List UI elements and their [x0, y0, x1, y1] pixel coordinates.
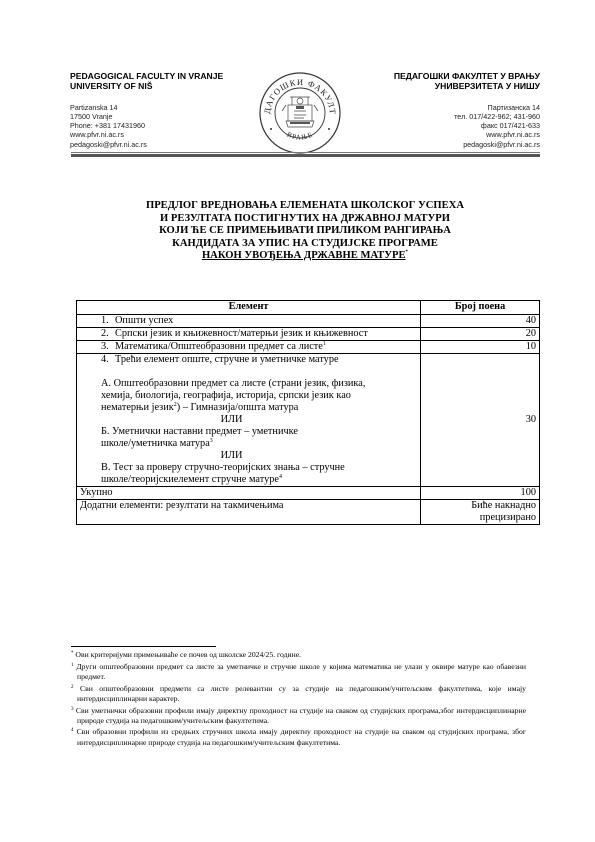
- option-a-suffix: ) – Гимназија/општа матура: [177, 402, 299, 413]
- table-row: 1.Општи успех 40: [77, 315, 540, 328]
- fax: факс 017/421-633: [340, 121, 540, 130]
- footnote-text: Ови критеријуми примењиваће се почев од …: [75, 650, 301, 659]
- item-points: 40: [421, 315, 540, 328]
- footnote-text: Други општеобразовни предмет са листе за…: [76, 662, 526, 681]
- option-b-text: Б. Уметнички наставни предмет – уметничк…: [101, 426, 298, 449]
- or-separator: ИЛИ: [101, 450, 380, 462]
- title-line: ПРЕДЛОГ ВРЕДНОВАЊА ЕЛЕМЕНАТА ШКОЛСКОГ УС…: [70, 200, 540, 213]
- item-label: Математика/Општеобразовни предмет са лис…: [115, 341, 323, 352]
- email-link[interactable]: pedagoski@pfvr.ni.ac.rs: [340, 140, 540, 149]
- footnote-item: 3 Сви уметнички образовни профили имају …: [71, 706, 526, 726]
- or-separator: ИЛИ: [101, 414, 380, 426]
- footnote-item: 1 Други општеобразовни предмет са листе …: [71, 662, 526, 682]
- item-number: 1.: [101, 315, 115, 327]
- footnote-item: * Ови критеријуми примењиваће се почев о…: [71, 650, 526, 660]
- title-line: И РЕЗУЛТАТА ПОСТИГНУТИХ НА ДРЖАВНОЈ МАТУ…: [70, 213, 540, 226]
- header-divider-thick: [71, 154, 540, 157]
- email-link[interactable]: pedagoski@pfvr.ni.ac.rs: [70, 140, 260, 149]
- title-line: КОЈИ ЋЕ СЕ ПРИМЕЊИВАТИ ПРИЛИКОМ РАНГИРАЊ…: [70, 225, 540, 238]
- footnote-ref[interactable]: 3: [210, 438, 213, 444]
- university-seal-icon: ПЕДАГОШКИ ФАКУЛТЕТ ВРАЊЕ: [258, 71, 342, 155]
- footnotes: * Ови критеријуми примењиваће се почев о…: [71, 650, 526, 749]
- table-row: 4.Трећи елемент опште, стручне и уметнич…: [77, 354, 540, 487]
- faculty-name-line: PEDAGOGICAL FACULTY IN VRANJE: [70, 71, 260, 81]
- header-left: PEDAGOGICAL FACULTY IN VRANJE UNIVERSITY…: [70, 71, 260, 149]
- footnote-divider: [71, 646, 216, 647]
- footnote-text: Сви уметнички образовни профили имају ди…: [76, 706, 526, 725]
- table-row: 2.Српски језик и књижевност/матерњи јези…: [77, 328, 540, 341]
- footnote-item: 2 Сви општеобразовни предмети са листе р…: [71, 684, 526, 704]
- footnote-mark: 3: [71, 707, 74, 712]
- footnote-ref[interactable]: 1: [323, 341, 326, 347]
- footnote-mark: *: [71, 651, 74, 656]
- title-line: КАНДИДАТА ЗА УПИС НА СТУДИЈСКЕ ПРОГРАМЕ: [70, 238, 540, 251]
- address: Partizanska 14: [70, 103, 260, 112]
- website-link[interactable]: www.pfvr.ni.ac.rs: [70, 130, 260, 139]
- item-points: 20: [421, 328, 540, 341]
- university-name-line: УНИВЕРЗИТЕТА У НИШУ: [340, 81, 540, 91]
- footnote-mark: 4: [71, 728, 74, 733]
- faculty-name-sr: ПЕДАГОШКИ ФАКУЛТЕТ У ВРАЊУ УНИВЕРЗИТЕТА …: [340, 71, 540, 92]
- item-label: Српски језик и књижевност/матерњи језик …: [115, 328, 368, 339]
- document-title: ПРЕДЛОГ ВРЕДНОВАЊА ЕЛЕМЕНАТА ШКОЛСКОГ УС…: [70, 200, 540, 263]
- option-c: В. Тест за проверу стручно-теоријских зн…: [101, 462, 380, 486]
- item-number: 4.: [101, 354, 115, 366]
- header-right: ПЕДАГОШКИ ФАКУЛТЕТ У ВРАЊУ УНИВЕРЗИТЕТА …: [340, 71, 540, 149]
- address: Партизанска 14: [340, 103, 540, 112]
- faculty-name-line: ПЕДАГОШКИ ФАКУЛТЕТ У ВРАЊУ: [340, 71, 540, 81]
- city: 17500 Vranje: [70, 112, 260, 121]
- column-header-element: Елемент: [77, 301, 421, 315]
- option-c-text: В. Тест за проверу стручно-теоријских зн…: [101, 462, 345, 485]
- item-number: 3.: [101, 341, 115, 353]
- footnote-text: Сви образовни профили из средњих стручни…: [77, 727, 526, 746]
- footnote-ref[interactable]: *: [406, 250, 409, 255]
- phone: тел. 017/422-962; 431-960: [340, 112, 540, 121]
- contact-info-sr: Партизанска 14 тел. 017/422-962; 431-960…: [340, 103, 540, 149]
- extra-points: Биће накнадно прецизирано: [421, 500, 540, 525]
- total-label: Укупно: [77, 487, 421, 500]
- phone: Phone: +381 17431960: [70, 121, 260, 130]
- scoring-table: Елемент Број поена 1.Општи успех 40 2.Ср…: [76, 300, 540, 525]
- item-label: Трећи елемент опште, стручне и уметничке…: [115, 354, 339, 365]
- university-name-line: UNIVERSITY OF NIŠ: [70, 81, 260, 91]
- footnote-text: Сви општеобразовни предмети са листе рел…: [77, 684, 526, 703]
- item-points: 30: [421, 354, 540, 487]
- item-number: 2.: [101, 328, 115, 340]
- table-header-row: Елемент Број поена: [77, 301, 540, 315]
- footnote-mark: 1: [71, 663, 74, 668]
- table-extra-row: Додатни елементи: резултати на такмичењи…: [77, 500, 540, 525]
- title-line: НАКОН УВОЂЕЊА ДРЖАВНЕ МАТУРЕ: [202, 250, 406, 261]
- website-link[interactable]: www.pfvr.ni.ac.rs: [340, 130, 540, 139]
- contact-info-en: Partizanska 14 17500 Vranje Phone: +381 …: [70, 103, 260, 149]
- option-a: А. Општеобразовни предмет са листе (стра…: [101, 378, 380, 414]
- item-points: 10: [421, 341, 540, 354]
- total-points: 100: [421, 487, 540, 500]
- footnote-ref[interactable]: 4: [279, 474, 282, 480]
- option-b: Б. Уметнички наставни предмет – уметничк…: [101, 426, 380, 450]
- faculty-name-en: PEDAGOGICAL FACULTY IN VRANJE UNIVERSITY…: [70, 71, 260, 92]
- table-row: 3.Математика/Општеобразовни предмет са л…: [77, 341, 540, 354]
- header-divider: [71, 152, 540, 153]
- footnote-mark: 2: [71, 685, 74, 690]
- table-total-row: Укупно 100: [77, 487, 540, 500]
- extra-label: Додатни елементи: резултати на такмичењи…: [77, 500, 421, 525]
- item-label: Општи успех: [115, 315, 173, 326]
- column-header-points: Број поена: [421, 301, 540, 315]
- footnote-item: 4 Сви образовни профили из средњих струч…: [71, 727, 526, 747]
